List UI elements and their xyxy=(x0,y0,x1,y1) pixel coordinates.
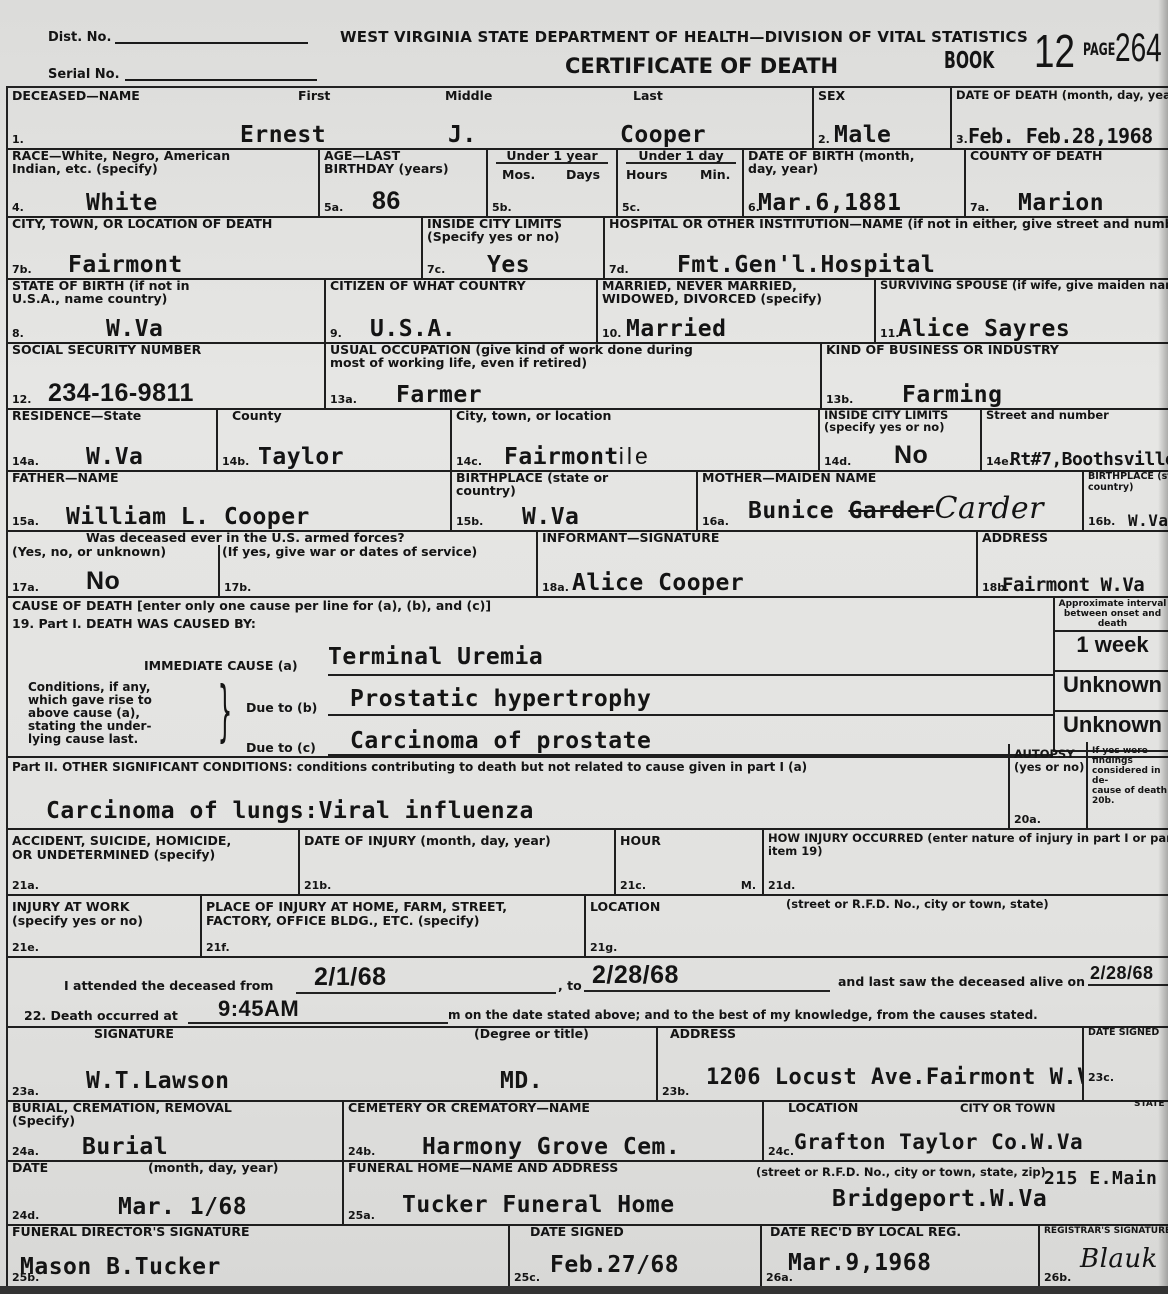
item-number: 8. xyxy=(12,327,24,340)
certificate-form: DECEASED—NAME First Middle Last 1. Ernes… xyxy=(6,86,1168,1290)
business-label: KIND OF BUSINESS OR INDUSTRY xyxy=(826,343,1059,356)
last-name-value: Cooper xyxy=(620,122,706,148)
page-bottom-shadow xyxy=(0,1286,1168,1294)
item-number: 24d. xyxy=(12,1209,39,1222)
part2-value: Carcinoma of lungs:Viral influenza xyxy=(46,798,534,824)
father-name-label: FATHER—NAME xyxy=(12,471,119,484)
interval-a-value: 1 week xyxy=(1076,632,1148,657)
ssn-field[interactable]: SOCIAL SECURITY NUMBER 12. 234-16-9811 xyxy=(8,342,326,408)
item-number: 3. xyxy=(956,133,968,146)
date-of-injury-field[interactable]: DATE OF INJURY (month, day, year) 21b. xyxy=(300,828,616,894)
date-of-injury-label: DATE OF INJURY (month, day, year) xyxy=(304,834,551,847)
funeral-director-value: Mason B.Tucker xyxy=(20,1254,221,1280)
row-birth-marital: STATE OF BIRTH (if not in U.S.A., name c… xyxy=(8,278,1168,344)
item-number: 21c. xyxy=(620,879,646,892)
item-number: 24b. xyxy=(348,1145,375,1158)
residence-county-field[interactable]: County 14b. Taylor xyxy=(218,408,452,470)
cause-b-value: Prostatic hypertrophy xyxy=(350,686,651,712)
interval-header: Approximate interval between onset and d… xyxy=(1053,596,1168,632)
first-name-value: Ernest xyxy=(240,122,326,148)
interval-b-field[interactable]: Unknown xyxy=(1053,672,1168,712)
father-birthplace-field[interactable]: BIRTHPLACE (state or country) 15b. W.Va xyxy=(452,470,698,530)
date-of-death-field[interactable]: DATE OF DEATH (month, day, year) 3. Feb.… xyxy=(952,88,1168,148)
item-number: 12. xyxy=(12,393,32,406)
last-seen-field[interactable]: 2/28/68 xyxy=(1088,956,1168,986)
cause-b-field[interactable]: Prostatic hypertrophy xyxy=(328,676,1053,716)
item-number: 14c. xyxy=(456,455,482,468)
certificate-header: Dist. No. Serial No. WEST VIRGINIA STATE… xyxy=(0,0,1168,88)
attended-from-label: I attended the deceased from xyxy=(64,978,273,993)
cause-c-value: Carcinoma of prostate xyxy=(350,728,651,754)
death-time-value: 9:45AM xyxy=(218,996,299,1022)
residence-state-label: RESIDENCE—State xyxy=(12,409,141,422)
book-label: BOOK xyxy=(944,48,994,74)
attended-from-field[interactable]: 2/1/68 xyxy=(296,960,556,994)
inside-city-limits-value: Yes xyxy=(487,252,530,278)
item-number: 9. xyxy=(330,327,342,340)
dist-no-field[interactable] xyxy=(115,42,308,44)
item-number: 25c. xyxy=(514,1271,540,1284)
due-to-b-label: Due to (b) xyxy=(246,700,317,715)
item-number: 11. xyxy=(880,327,900,340)
residence-inside-limits-value: No xyxy=(894,441,928,470)
disposition-method-field[interactable]: BURIAL, CREMATION, REMOVAL (Specify) 24a… xyxy=(8,1100,344,1160)
under-one-day-field[interactable]: Under 1 day Hours Min. 5c. xyxy=(618,148,744,216)
signature-value: W.T.Lawson xyxy=(86,1068,229,1094)
item-number: 26b. xyxy=(1044,1271,1071,1284)
mother-maiden-name-value: Bunice GarderCarder xyxy=(748,491,1044,526)
ssn-label: SOCIAL SECURITY NUMBER xyxy=(12,343,201,356)
under-year-label: Under 1 year xyxy=(496,149,608,164)
funeral-home-value: Tucker Funeral Home xyxy=(402,1192,675,1218)
item-number: 21d. xyxy=(768,879,795,892)
item-number: 14e. xyxy=(986,455,1013,468)
months-label: Mos. xyxy=(502,168,535,181)
item-number: 5b. xyxy=(492,201,512,214)
minutes-label: Min. xyxy=(700,168,730,181)
item-number: 5a. xyxy=(324,201,343,214)
business-value: Farming xyxy=(902,382,1002,408)
row-injury-2: INJURY AT WORK (specify yes or no) 21e. … xyxy=(8,894,1168,958)
deceased-name-label: DECEASED—NAME xyxy=(12,89,140,102)
part2-label: Part II. OTHER SIGNIFICANT CONDITIONS: c… xyxy=(12,760,807,774)
certifier-address-value: 1206 Locust Ave.Fairmont W.Va xyxy=(706,1065,1084,1090)
death-occurred-suffix: m on the date stated above; and to the b… xyxy=(448,1008,1038,1022)
attended-to-label: , to xyxy=(558,978,582,993)
armed-forces-value: No xyxy=(86,567,120,596)
injury-location-field[interactable]: LOCATION (street or R.F.D. No., city or … xyxy=(586,894,1168,956)
residence-inside-limits-label-2: (specify yes or no) xyxy=(824,421,944,433)
item-number: 1. xyxy=(12,133,24,146)
death-time-field[interactable]: 9:45AM xyxy=(188,992,448,1024)
row-ssn-occupation: SOCIAL SECURITY NUMBER 12. 234-16-9811 U… xyxy=(8,342,1168,410)
hours-label: Hours xyxy=(626,168,668,181)
item-number: 15a. xyxy=(12,515,39,528)
serial-no-label: Serial No. xyxy=(48,67,120,82)
armed-forces-field[interactable]: Was deceased ever in the U.S. armed forc… xyxy=(8,530,538,596)
item-number: 4. xyxy=(12,201,24,214)
date-of-death-value: Feb. Feb.28,1968 xyxy=(968,124,1153,148)
place-of-injury-field[interactable]: PLACE OF INJURY AT HOME, FARM, STREET, F… xyxy=(202,894,586,956)
county-of-death-field[interactable]: COUNTY OF DEATH 7a. Marion xyxy=(966,148,1168,216)
item-number: 16a. xyxy=(702,515,729,528)
registrar-label: REGISTRAR'S SIGNATURE xyxy=(1044,1225,1168,1237)
hospital-label: HOSPITAL OR OTHER INSTITUTION—NAME (if n… xyxy=(609,217,1168,230)
cause-a-value: Terminal Uremia xyxy=(328,644,543,670)
registrar-signature-field[interactable]: REGISTRAR'S SIGNATURE 26b. Blauk xyxy=(1040,1224,1168,1286)
father-name-value: William L. Cooper xyxy=(66,504,310,530)
sex-label: SEX xyxy=(818,89,845,102)
injury-location-sub: (street or R.F.D. No., city or town, sta… xyxy=(786,898,1049,910)
director-date-signed-field[interactable]: DATE SIGNED 25c. Feb.27/68 xyxy=(510,1224,762,1286)
surviving-spouse-value: Alice Sayres xyxy=(898,316,1070,342)
place-of-injury-label: PLACE OF INJURY AT HOME, FARM, STREET, xyxy=(206,900,507,913)
item-number: 17b. xyxy=(224,581,251,594)
page-edge-shadow xyxy=(1158,0,1168,1294)
injury-at-work-label-2: (specify yes or no) xyxy=(12,914,143,927)
first-name-label: First xyxy=(298,89,330,102)
cemetery-label: CEMETERY OR CREMATORY—NAME xyxy=(348,1101,590,1114)
disposition-method-value: Burial xyxy=(82,1134,168,1160)
sex-field[interactable]: SEX 2. Male xyxy=(814,88,952,148)
certifier-address-field[interactable]: ADDRESS 23b. 1206 Locust Ave.Fairmont W.… xyxy=(658,1026,1084,1100)
degree-value: MD. xyxy=(500,1068,543,1094)
item-number: 18a. xyxy=(542,581,569,594)
funeral-home-street-value: 215 E.Main xyxy=(1044,1168,1157,1189)
cause-c-field[interactable]: Carcinoma of prostate xyxy=(328,716,1053,756)
surviving-spouse-label: SURVIVING SPOUSE (if wife, give maiden n… xyxy=(880,279,1168,291)
under-day-label: Under 1 day xyxy=(626,149,736,164)
funeral-director-label: FUNERAL DIRECTOR'S SIGNATURE xyxy=(12,1225,250,1238)
mother-maiden-name-field[interactable]: MOTHER—MAIDEN NAME 16a. Bunice GarderCar… xyxy=(698,470,1084,530)
interval-a-field[interactable]: 1 week xyxy=(1053,632,1168,672)
residence-city-field[interactable]: City, town, or location 14c. Fairmontile xyxy=(452,408,820,470)
state-of-birth-value: W.Va xyxy=(106,316,163,342)
part2-field[interactable]: Carcinoma of lungs:Viral influenza xyxy=(8,776,1008,828)
funeral-home-city-value: Bridgeport.W.Va xyxy=(832,1186,1047,1212)
deceased-name-field[interactable]: DECEASED—NAME First Middle Last 1. Ernes… xyxy=(8,88,814,148)
attended-to-field[interactable]: 2/28/68 xyxy=(584,958,830,992)
autopsy-label: AUTOPSY xyxy=(1014,748,1075,760)
certifier-address-label: ADDRESS xyxy=(670,1027,736,1040)
autopsy-field[interactable]: AUTOPSY (yes or no) 20a. xyxy=(1008,744,1086,828)
business-field[interactable]: KIND OF BUSINESS OR INDUSTRY 13b. Farmin… xyxy=(822,342,1168,408)
cause-a-field[interactable]: Terminal Uremia xyxy=(328,636,1053,676)
item-number: 24a. xyxy=(12,1145,39,1158)
item-number: 21a. xyxy=(12,879,39,892)
middle-name-value: J. xyxy=(448,122,477,148)
registrar-signature-value: Blauk xyxy=(1080,1244,1158,1274)
page-number: 264 xyxy=(1115,26,1162,71)
armed-forces-war-label: (If yes, give war or dates of service) xyxy=(222,545,477,558)
age-value: 86 xyxy=(372,187,401,216)
occupation-value: Farmer xyxy=(396,382,482,408)
informant-address-field[interactable]: ADDRESS 18b. Fairmont W.Va xyxy=(978,530,1168,596)
race-value: White xyxy=(86,190,158,216)
days-label: Days xyxy=(566,168,600,181)
county-of-death-label: COUNTY OF DEATH xyxy=(970,149,1102,162)
inside-city-limits-label-2: (Specify yes or no) xyxy=(427,230,560,243)
signature-label: SIGNATURE xyxy=(94,1027,174,1040)
city-of-death-value: Fairmont xyxy=(68,252,183,278)
informant-value: Alice Cooper xyxy=(572,570,744,596)
item-number: 7b. xyxy=(12,263,32,276)
how-injury-label-2: item 19) xyxy=(768,845,823,857)
row-deceased-name: DECEASED—NAME First Middle Last 1. Ernes… xyxy=(8,88,1168,150)
interval-c-value: Unknown xyxy=(1063,712,1162,737)
item-number: 5c. xyxy=(622,201,640,214)
funeral-home-field[interactable]: FUNERAL HOME—NAME AND ADDRESS (street or… xyxy=(344,1160,1168,1224)
hour-suffix: M. xyxy=(741,879,756,892)
item-number: 24c. xyxy=(768,1145,794,1158)
director-date-signed-label: DATE SIGNED xyxy=(530,1225,624,1238)
manner-label: ACCIDENT, SUICIDE, HOMICIDE, xyxy=(12,834,231,847)
certifier-date-signed-label: DATE SIGNED xyxy=(1088,1027,1159,1039)
death-occurred-label: 22. Death occurred at xyxy=(24,1008,178,1023)
county-of-death-value: Marion xyxy=(1018,190,1104,216)
attended-to-value: 2/28/68 xyxy=(592,961,679,990)
last-seen-value: 2/28/68 xyxy=(1090,963,1154,984)
residence-inside-limits-field[interactable]: INSIDE CITY LIMITS (specify yes or no) 1… xyxy=(820,408,982,470)
residence-state-value: W.Va xyxy=(86,444,143,470)
middle-name-label: Middle xyxy=(445,89,492,102)
item-number: 7c. xyxy=(427,263,445,276)
item-number: 14a. xyxy=(12,455,39,468)
residence-state-field[interactable]: RESIDENCE—State 14a. W.Va xyxy=(8,408,218,470)
funeral-home-sub: (street or R.F.D. No., city or town, sta… xyxy=(756,1166,1046,1178)
marital-status-field[interactable]: MARRIED, NEVER MARRIED, WIDOWED, DIVORCE… xyxy=(598,278,876,342)
item-number: 14d. xyxy=(824,455,851,468)
occupation-field[interactable]: USUAL OCCUPATION (give kind of work done… xyxy=(326,342,822,408)
how-injury-label: HOW INJURY OCCURRED (enter nature of inj… xyxy=(768,832,1168,844)
father-birthplace-value: W.Va xyxy=(522,504,579,530)
item-number: 10. xyxy=(602,327,622,340)
mother-birthplace-field[interactable]: BIRTHPLACE (state or country) 16b. W.Va xyxy=(1084,470,1168,530)
certifier-date-signed-field[interactable]: DATE SIGNED 23c. xyxy=(1084,1026,1168,1100)
item-number: 7d. xyxy=(609,263,629,276)
mother-birthplace-label-2: country) xyxy=(1088,482,1133,494)
marital-status-value: Married xyxy=(626,316,726,342)
last-seen-label: and last saw the deceased alive on xyxy=(838,974,1085,989)
injury-location-label: LOCATION xyxy=(590,900,660,913)
director-date-signed-value: Feb.27/68 xyxy=(550,1252,679,1278)
cause-of-death-header: CAUSE OF DEATH [enter only one cause per… xyxy=(12,598,491,613)
disposition-date-field[interactable]: DATE (month, day, year) 24d. Mar. 1/68 xyxy=(8,1160,344,1224)
surviving-spouse-field[interactable]: SURVIVING SPOUSE (if wife, give maiden n… xyxy=(876,278,1168,342)
item-number: 21g. xyxy=(590,941,617,954)
item-number: 21b. xyxy=(304,879,331,892)
cemetery-location-field[interactable]: LOCATION CITY OR TOWN STATE 24c. Grafton… xyxy=(764,1100,1168,1160)
ssn-value: 234-16-9811 xyxy=(48,379,194,408)
age-label-2: BIRTHDAY (years) xyxy=(324,162,449,175)
cemetery-location-value: Grafton Taylor Co.W.Va xyxy=(794,1130,1083,1154)
cemetery-value: Harmony Grove Cem. xyxy=(422,1134,680,1160)
hospital-value: Fmt.Gen'l.Hospital xyxy=(677,252,935,278)
item-number: 15b. xyxy=(456,515,483,528)
date-received-field[interactable]: DATE REC'D BY LOCAL REG. 26a. Mar.9,1968 xyxy=(762,1224,1040,1286)
cause-of-death-section: CAUSE OF DEATH [enter only one cause per… xyxy=(8,596,1168,830)
manner-of-death-field[interactable]: ACCIDENT, SUICIDE, HOMICIDE, OR UNDETERM… xyxy=(8,828,300,894)
date-received-value: Mar.9,1968 xyxy=(788,1250,931,1276)
row-injury-1: ACCIDENT, SUICIDE, HOMICIDE, OR UNDETERM… xyxy=(8,828,1168,896)
agency-title: WEST VIRGINIA STATE DEPARTMENT OF HEALTH… xyxy=(340,28,1028,46)
item-number: 13a. xyxy=(330,393,357,406)
occupation-label-2: most of working life, even if retired) xyxy=(330,356,587,369)
informant-address-value: Fairmont W.Va xyxy=(1002,574,1144,596)
date-of-birth-value: Mar.6,1881 xyxy=(758,190,901,216)
row-footer: FUNERAL DIRECTOR'S SIGNATURE 25b. Mason … xyxy=(8,1224,1168,1286)
degree-label: (Degree or title) xyxy=(474,1027,589,1040)
funeral-home-label: FUNERAL HOME—NAME AND ADDRESS xyxy=(348,1161,618,1174)
injury-at-work-field[interactable]: INJURY AT WORK (specify yes or no) 21e. xyxy=(8,894,202,956)
hospital-field[interactable]: HOSPITAL OR OTHER INSTITUTION—NAME (if n… xyxy=(605,216,1168,278)
armed-forces-yn-label: (Yes, no, or unknown) xyxy=(12,545,166,558)
certifier-signature-field[interactable]: SIGNATURE (Degree or title) 23a. W.T.Law… xyxy=(8,1026,658,1100)
row-race-age: RACE—White, Negro, American Indian, etc.… xyxy=(8,148,1168,218)
inside-city-limits-field[interactable]: INSIDE CITY LIMITS (Specify yes or no) 7… xyxy=(423,216,605,278)
row-certifier: SIGNATURE (Degree or title) 23a. W.T.Law… xyxy=(8,1026,1168,1102)
handwritten-correction: Carder xyxy=(935,491,1044,526)
row-armed-informant: Was deceased ever in the U.S. armed forc… xyxy=(8,530,1168,598)
item-number: 23a. xyxy=(12,1085,39,1098)
date-of-birth-label-2: day, year) xyxy=(748,162,818,175)
item-number: 7a. xyxy=(970,201,989,214)
part2-divider xyxy=(8,756,1168,758)
age-field[interactable]: AGE—LAST BIRTHDAY (years) 5a. 86 xyxy=(320,148,488,216)
injury-hour-field[interactable]: HOUR 21c. M. xyxy=(616,828,764,894)
street-label: Street and number xyxy=(986,409,1109,421)
race-field[interactable]: RACE—White, Negro, American Indian, etc.… xyxy=(8,148,320,216)
injury-hour-label: HOUR xyxy=(620,834,661,847)
brace-icon: } xyxy=(218,678,233,744)
certificate-title: CERTIFICATE OF DEATH xyxy=(565,54,838,78)
row-residence: RESIDENCE—State 14a. W.Va County 14b. Ta… xyxy=(8,408,1168,472)
death-certificate: Dist. No. Serial No. WEST VIRGINIA STATE… xyxy=(0,0,1168,1294)
attended-from-value: 2/1/68 xyxy=(314,963,387,992)
residence-city-label: City, town, or location xyxy=(456,409,611,422)
mother-maiden-name-label: MOTHER—MAIDEN NAME xyxy=(702,471,876,484)
marital-status-label-2: WIDOWED, DIVORCED (specify) xyxy=(602,292,822,305)
date-of-death-label: DATE OF DEATH (month, day, year) xyxy=(956,89,1168,101)
residence-county-value: Taylor xyxy=(258,444,344,470)
disposition-date-value: Mar. 1/68 xyxy=(118,1194,247,1220)
race-label-2: Indian, etc. (specify) xyxy=(12,162,158,175)
disposition-date-label: DATE xyxy=(12,1161,48,1174)
item-number: 2. xyxy=(818,133,830,146)
item-number: 17a. xyxy=(12,581,39,594)
row-place-of-death: CITY, TOWN, OR LOCATION OF DEATH 7b. Fai… xyxy=(8,216,1168,280)
citizenship-value: U.S.A. xyxy=(370,316,456,342)
funeral-director-signature-field[interactable]: FUNERAL DIRECTOR'S SIGNATURE 25b. Mason … xyxy=(8,1224,510,1286)
immediate-cause-label: IMMEDIATE CAUSE (a) xyxy=(144,658,298,673)
armed-forces-label: Was deceased ever in the U.S. armed forc… xyxy=(86,531,405,544)
cemetery-field[interactable]: CEMETERY OR CREMATORY—NAME 24b. Harmony … xyxy=(344,1100,764,1160)
city-of-death-field[interactable]: CITY, TOWN, OR LOCATION OF DEATH 7b. Fai… xyxy=(8,216,423,278)
date-received-label: DATE REC'D BY LOCAL REG. xyxy=(770,1225,961,1238)
cemetery-location-label: LOCATION xyxy=(788,1101,858,1114)
findings-field[interactable]: If yes were findings considered in de- c… xyxy=(1086,742,1168,828)
disposition-method-label-2: (Specify) xyxy=(12,1114,75,1127)
under-one-year-field[interactable]: Under 1 year Mos. Days 5b. xyxy=(488,148,618,216)
item-number: 23b. xyxy=(662,1085,689,1098)
item-number: 21e. xyxy=(12,941,39,954)
item-number: 14b. xyxy=(222,455,249,468)
how-injury-occurred-field[interactable]: HOW INJURY OCCURRED (enter nature of inj… xyxy=(764,828,1168,894)
citizenship-label: CITIZEN OF WHAT COUNTRY xyxy=(330,279,526,292)
manner-label-2: OR UNDETERMINED (specify) xyxy=(12,848,215,861)
item-number: 13b. xyxy=(826,393,853,406)
item-number: 25a. xyxy=(348,1209,375,1222)
row-disposition-2: DATE (month, day, year) 24d. Mar. 1/68 F… xyxy=(8,1160,1168,1226)
informant-label: INFORMANT—SIGNATURE xyxy=(542,531,719,544)
autopsy-label-2: (yes or no) xyxy=(1014,761,1084,773)
place-of-injury-label-2: FACTORY, OFFICE BLDG., ETC. (specify) xyxy=(206,914,479,927)
book-number: 12 xyxy=(1034,24,1075,78)
item-number: 16b. xyxy=(1088,515,1115,528)
armed-forces-divider xyxy=(218,545,220,596)
street-value: Rt#7,Boothsville xyxy=(1010,449,1168,470)
serial-no-field[interactable] xyxy=(125,79,317,81)
item-number: 20a. xyxy=(1014,813,1041,826)
father-birthplace-label-2: country) xyxy=(456,484,516,497)
page-label: PAGE xyxy=(1083,40,1115,60)
disposition-date-sub: (month, day, year) xyxy=(148,1161,278,1174)
item-number: 23c. xyxy=(1088,1071,1114,1084)
father-name-field[interactable]: FATHER—NAME 15a. William L. Cooper xyxy=(8,470,452,530)
state-of-birth-label-2: U.S.A., name country) xyxy=(12,292,167,305)
residence-city-value: Fairmontile xyxy=(504,443,651,470)
date-of-birth-field[interactable]: DATE OF BIRTH (month, day, year) 6. Mar.… xyxy=(744,148,966,216)
attending-section: I attended the deceased from 2/1/68 , to… xyxy=(8,956,1168,1028)
city-of-death-label: CITY, TOWN, OR LOCATION OF DEATH xyxy=(12,217,272,230)
informant-signature-field[interactable]: INFORMANT—SIGNATURE 18a. Alice Cooper xyxy=(538,530,978,596)
last-name-label: Last xyxy=(633,89,663,102)
item-number: 21f. xyxy=(206,941,230,954)
dist-no-label: Dist. No. xyxy=(48,30,111,45)
state-of-birth-field[interactable]: STATE OF BIRTH (if not in U.S.A., name c… xyxy=(8,278,326,342)
due-to-c-label: Due to (c) xyxy=(246,740,316,755)
interval-b-value: Unknown xyxy=(1063,672,1162,697)
city-or-town-label: CITY OR TOWN xyxy=(960,1102,1055,1114)
residence-county-label: County xyxy=(232,409,282,422)
sex-value: Male xyxy=(834,122,891,148)
conditions-note: Conditions, if any, which gave rise to a… xyxy=(28,681,152,746)
row-parents: FATHER—NAME 15a. William L. Cooper BIRTH… xyxy=(8,470,1168,532)
street-field[interactable]: Street and number 14e. Rt#7,Boothsville xyxy=(982,408,1168,470)
informant-address-label: ADDRESS xyxy=(982,531,1048,544)
row-disposition-1: BURIAL, CREMATION, REMOVAL (Specify) 24a… xyxy=(8,1100,1168,1162)
part1-label: 19. Part I. DEATH WAS CAUSED BY: xyxy=(12,616,256,631)
citizenship-field[interactable]: CITIZEN OF WHAT COUNTRY 9. U.S.A. xyxy=(326,278,598,342)
injury-at-work-label: INJURY AT WORK xyxy=(12,900,130,913)
